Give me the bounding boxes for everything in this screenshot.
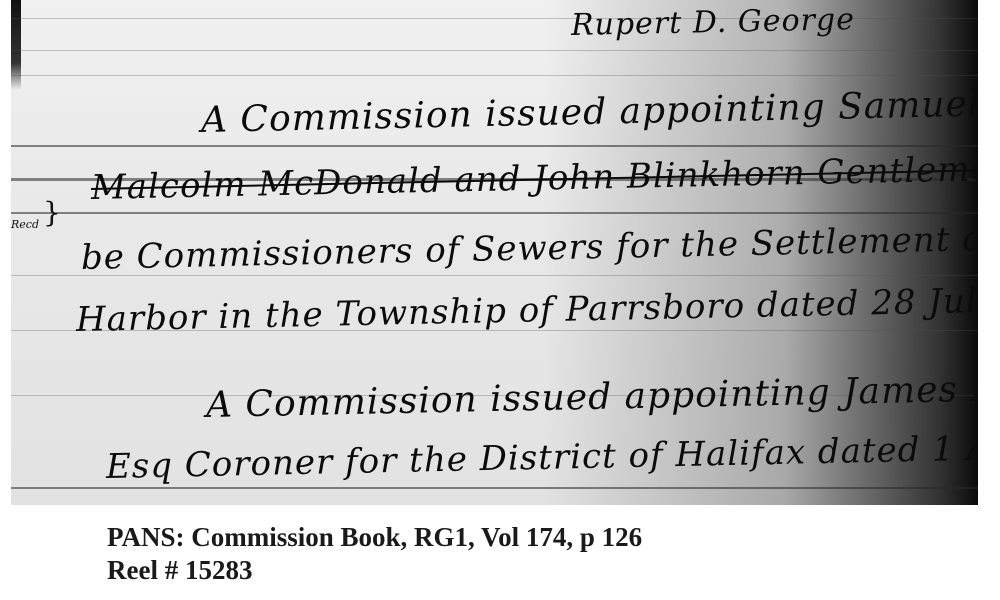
caption-reel-number: Reel # 15283 bbox=[107, 554, 642, 587]
ruled-line bbox=[11, 75, 978, 76]
manuscript-line-2: Malcolm McDonald and John Blinkhorn Gent… bbox=[91, 148, 978, 208]
ruled-line bbox=[11, 50, 978, 51]
manuscript-line-1: A Commission issued appointing Samuel Mc bbox=[201, 82, 978, 141]
margin-note: Recd bbox=[11, 218, 39, 231]
ruled-line bbox=[11, 487, 978, 489]
manuscript-line-3: be Commissioners of Sewers for the Settl… bbox=[81, 215, 978, 278]
manuscript-line-6: Esq Coroner for the District of Halifax … bbox=[106, 425, 978, 487]
signature-heading: Rupert D. George bbox=[571, 2, 856, 43]
manuscript-scan: } Recd Rupert D. George A Commission iss… bbox=[11, 0, 978, 505]
ruled-line bbox=[11, 212, 978, 214]
binding-shadow bbox=[11, 0, 21, 90]
source-caption: PANS: Commission Book, RG1, Vol 174, p 1… bbox=[107, 521, 642, 587]
manuscript-line-5: A Commission issued appointing James Fis… bbox=[206, 366, 978, 426]
caption-citation: PANS: Commission Book, RG1, Vol 174, p 1… bbox=[107, 521, 642, 554]
margin-brace: } bbox=[43, 196, 61, 229]
ruled-line bbox=[11, 145, 978, 147]
